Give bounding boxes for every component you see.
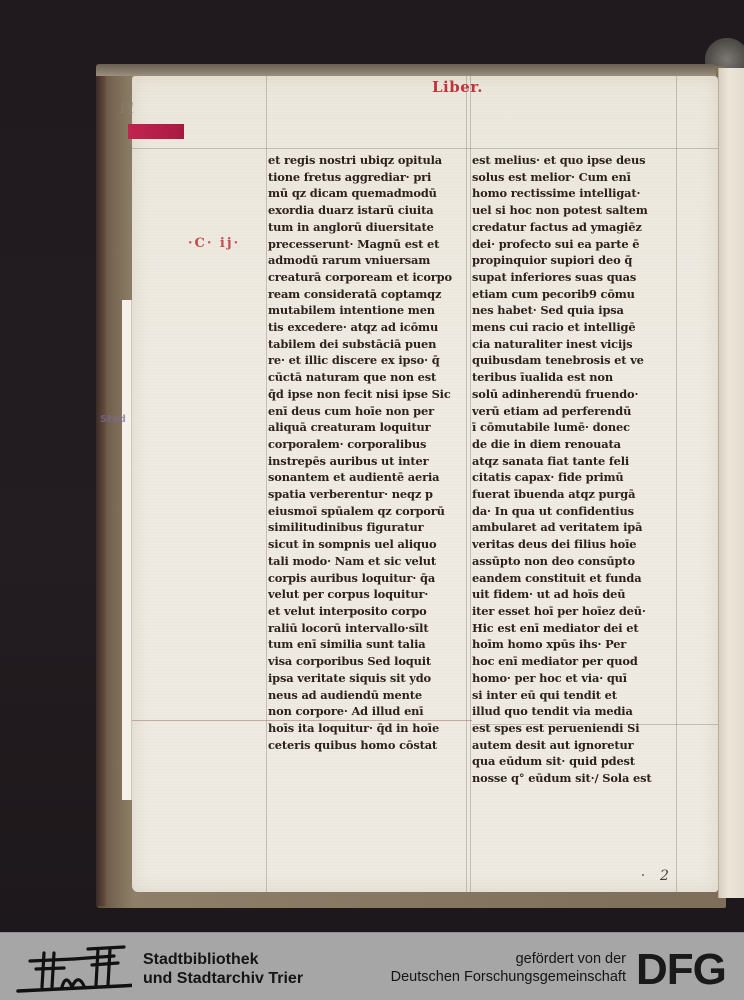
text-line: ream consideratā coptamqz (268, 286, 466, 303)
text-line: cia naturaliter inest vicijs (472, 336, 676, 353)
text-line: hoc enī mediator per quod (472, 653, 676, 670)
ruling-line-horizontal (132, 148, 718, 149)
footer-banner: Stadtbibliothek und Stadtarchiv Trier ge… (0, 932, 744, 1000)
text-column-left: et regis nostri ubiqz opitula tione fret… (268, 152, 466, 753)
stadtbibliothek-logo-icon (14, 939, 132, 999)
text-line: solū adinherendū fruendo· (472, 386, 676, 403)
text-line: tabilem dei substāciā puen (268, 336, 466, 353)
text-line: et regis nostri ubiqz opitula (268, 152, 466, 169)
text-line: corporalem· corporalibus (268, 436, 466, 453)
next-leaf-edge (718, 68, 744, 898)
text-line: corpis auribus loquitur· q̄a (268, 570, 466, 587)
dfg-logo-text: DFG (636, 948, 726, 990)
text-line: si inter eū qui tendit et (472, 687, 676, 704)
funding-notice: gefördert von der Deutschen Forschungsge… (391, 950, 626, 986)
text-line: ceteris quibus homo cōstat (268, 737, 466, 754)
ruling-line-vertical (466, 76, 467, 892)
text-line: est melius· et quo ipse deus (472, 152, 676, 169)
ink-dot (642, 874, 644, 876)
text-line: instrepēs auribus ut inter (268, 453, 466, 470)
text-column-right: est melius· et quo ipse deus solus est m… (472, 152, 676, 787)
text-line: illud quo tendit via media (472, 703, 676, 720)
text-line: supat inferiores suas quas (472, 269, 676, 286)
text-line: citatis capax· fide primū (472, 469, 676, 486)
text-line: mū qz dicam quemadmodū (268, 185, 466, 202)
text-line: ambularet ad veritatem ipā (472, 519, 676, 536)
text-line: re· et illic discere ex ipso· q̄ (268, 352, 466, 369)
text-line: etiam cum pecorib9 cōmu (472, 286, 676, 303)
text-line: homo rectissime intelligat· (472, 185, 676, 202)
text-line: enī deus cum hoīe non per (268, 403, 466, 420)
text-line: Hic est enī mediator dei et (472, 620, 676, 637)
text-line: non corpore· Ad illud enī (268, 703, 466, 720)
text-line: da· In qua ut confidentius (472, 503, 676, 520)
text-line: atqz sanata fiat tante feli (472, 453, 676, 470)
text-line: uit fidem· ut ad hoīs deū (472, 586, 676, 603)
text-line: quibusdam tenebrosis et ve (472, 352, 676, 369)
dfg-logo-icon: DFG (636, 948, 740, 990)
text-line: mens cui racio et intelligē (472, 319, 676, 336)
text-line: uel si hoc non potest saltem (472, 202, 676, 219)
text-line: spatia verberentur· neqz p (268, 486, 466, 503)
library-stamp-fragment: Stad (100, 414, 126, 425)
text-line: q̄d ipse non fecit nisi ipse Sic (268, 386, 466, 403)
text-line: assūpto non deo consūpto (472, 553, 676, 570)
folio-number: 2 (660, 868, 669, 884)
ruling-line-vertical (470, 76, 471, 892)
text-line: tis excedere· atqz ad icōmu (268, 319, 466, 336)
ruling-line-vertical (676, 76, 677, 892)
text-line: mutabilem intentione men (268, 302, 466, 319)
text-line: admodū rarum vniuersam (268, 252, 466, 269)
manuscript-folio: 11 Liber. ·C· ij· et regis nostri ubiqz … (132, 76, 718, 892)
text-line: ī cōmutabile lumē· donec (472, 419, 676, 436)
text-line: fuerat ībuenda atqz purgā (472, 486, 676, 503)
manuscript-viewer: 11 Liber. ·C· ij· et regis nostri ubiqz … (0, 0, 744, 932)
red-bookmark-tab (128, 124, 184, 139)
text-line: tum enī similia sunt talia (268, 636, 466, 653)
text-line: velut per corpus loquitur· (268, 586, 466, 603)
text-line: eandem constituit et funda (472, 570, 676, 587)
text-line: teribus īualida est non (472, 369, 676, 386)
text-line: veritas deus dei filius hoīe (472, 536, 676, 553)
text-line: ipsa veritate siquis sit ydo (268, 670, 466, 687)
text-line: raliū locorū intervallo·sīlt (268, 620, 466, 637)
text-line: sonantem et audientē aeria (268, 469, 466, 486)
text-line: neus ad audiendū mente (268, 687, 466, 704)
text-line: hoīs ita loquitur· q̄d in hoīe (268, 720, 466, 737)
text-line: sicut in sompnis uel aliquo (268, 536, 466, 553)
text-line: exordia duarz istarū ciuita (268, 202, 466, 219)
text-line: precesserunt· Magnū est et (268, 236, 466, 253)
text-line: visa corporibus Sed loquit (268, 653, 466, 670)
running-title: Liber. (432, 78, 483, 96)
text-line: verū etiam ad perferendū (472, 403, 676, 420)
text-line: tum in anglorū diuersitate (268, 219, 466, 236)
text-line: iter esset hoī per hoīez deū· (472, 603, 676, 620)
text-line: propinquior supiori deo q̄ (472, 252, 676, 269)
library-name-line2: und Stadtarchiv Trier (143, 969, 303, 988)
text-line: tione fretus aggrediar· pri (268, 169, 466, 186)
library-name: Stadtbibliothek und Stadtarchiv Trier (143, 950, 303, 988)
text-line: nes habet· Sed quia ipsa (472, 302, 676, 319)
inserted-paper-slip (122, 300, 132, 800)
text-line: similitudinibus figuratur (268, 519, 466, 536)
text-line: cūctā naturam que non est (268, 369, 466, 386)
text-line: est spes est perueniendi Si (472, 720, 676, 737)
text-line: de die in diem renouata (472, 436, 676, 453)
text-line: nosse q° eūdum sit·/ Sola est (472, 770, 676, 787)
text-line: homo· per hoc et via· quī (472, 670, 676, 687)
binding-spine-edge (96, 76, 106, 906)
ruling-line-vertical (266, 76, 267, 892)
text-line: eiusmoī spūalem qz corporū (268, 503, 466, 520)
text-line: et velut interposito corpo (268, 603, 466, 620)
text-line: tali modo· Nam et sic velut (268, 553, 466, 570)
text-line: creaturā corpoream et icorpo (268, 269, 466, 286)
text-line: hoīm homo xpūs ihs· Per (472, 636, 676, 653)
text-line: dei· profecto sui ea parte ē (472, 236, 676, 253)
pencil-shelfmark: 11 (118, 101, 136, 117)
text-line: solus est melior· Cum enī (472, 169, 676, 186)
chapter-marker: ·C· ij· (188, 236, 240, 251)
text-line: qua eūdum sit· quid pdest (472, 753, 676, 770)
funding-line1: gefördert von der (391, 950, 626, 968)
text-line: autem desit aut ignoretur (472, 737, 676, 754)
binding-top-edge (96, 64, 716, 76)
funding-line2: Deutschen Forschungsgemeinschaft (391, 968, 626, 986)
text-line: credatur factus ad ymagiēz (472, 219, 676, 236)
library-name-line1: Stadtbibliothek (143, 950, 303, 969)
text-line: aliquā creaturam loquitur (268, 419, 466, 436)
